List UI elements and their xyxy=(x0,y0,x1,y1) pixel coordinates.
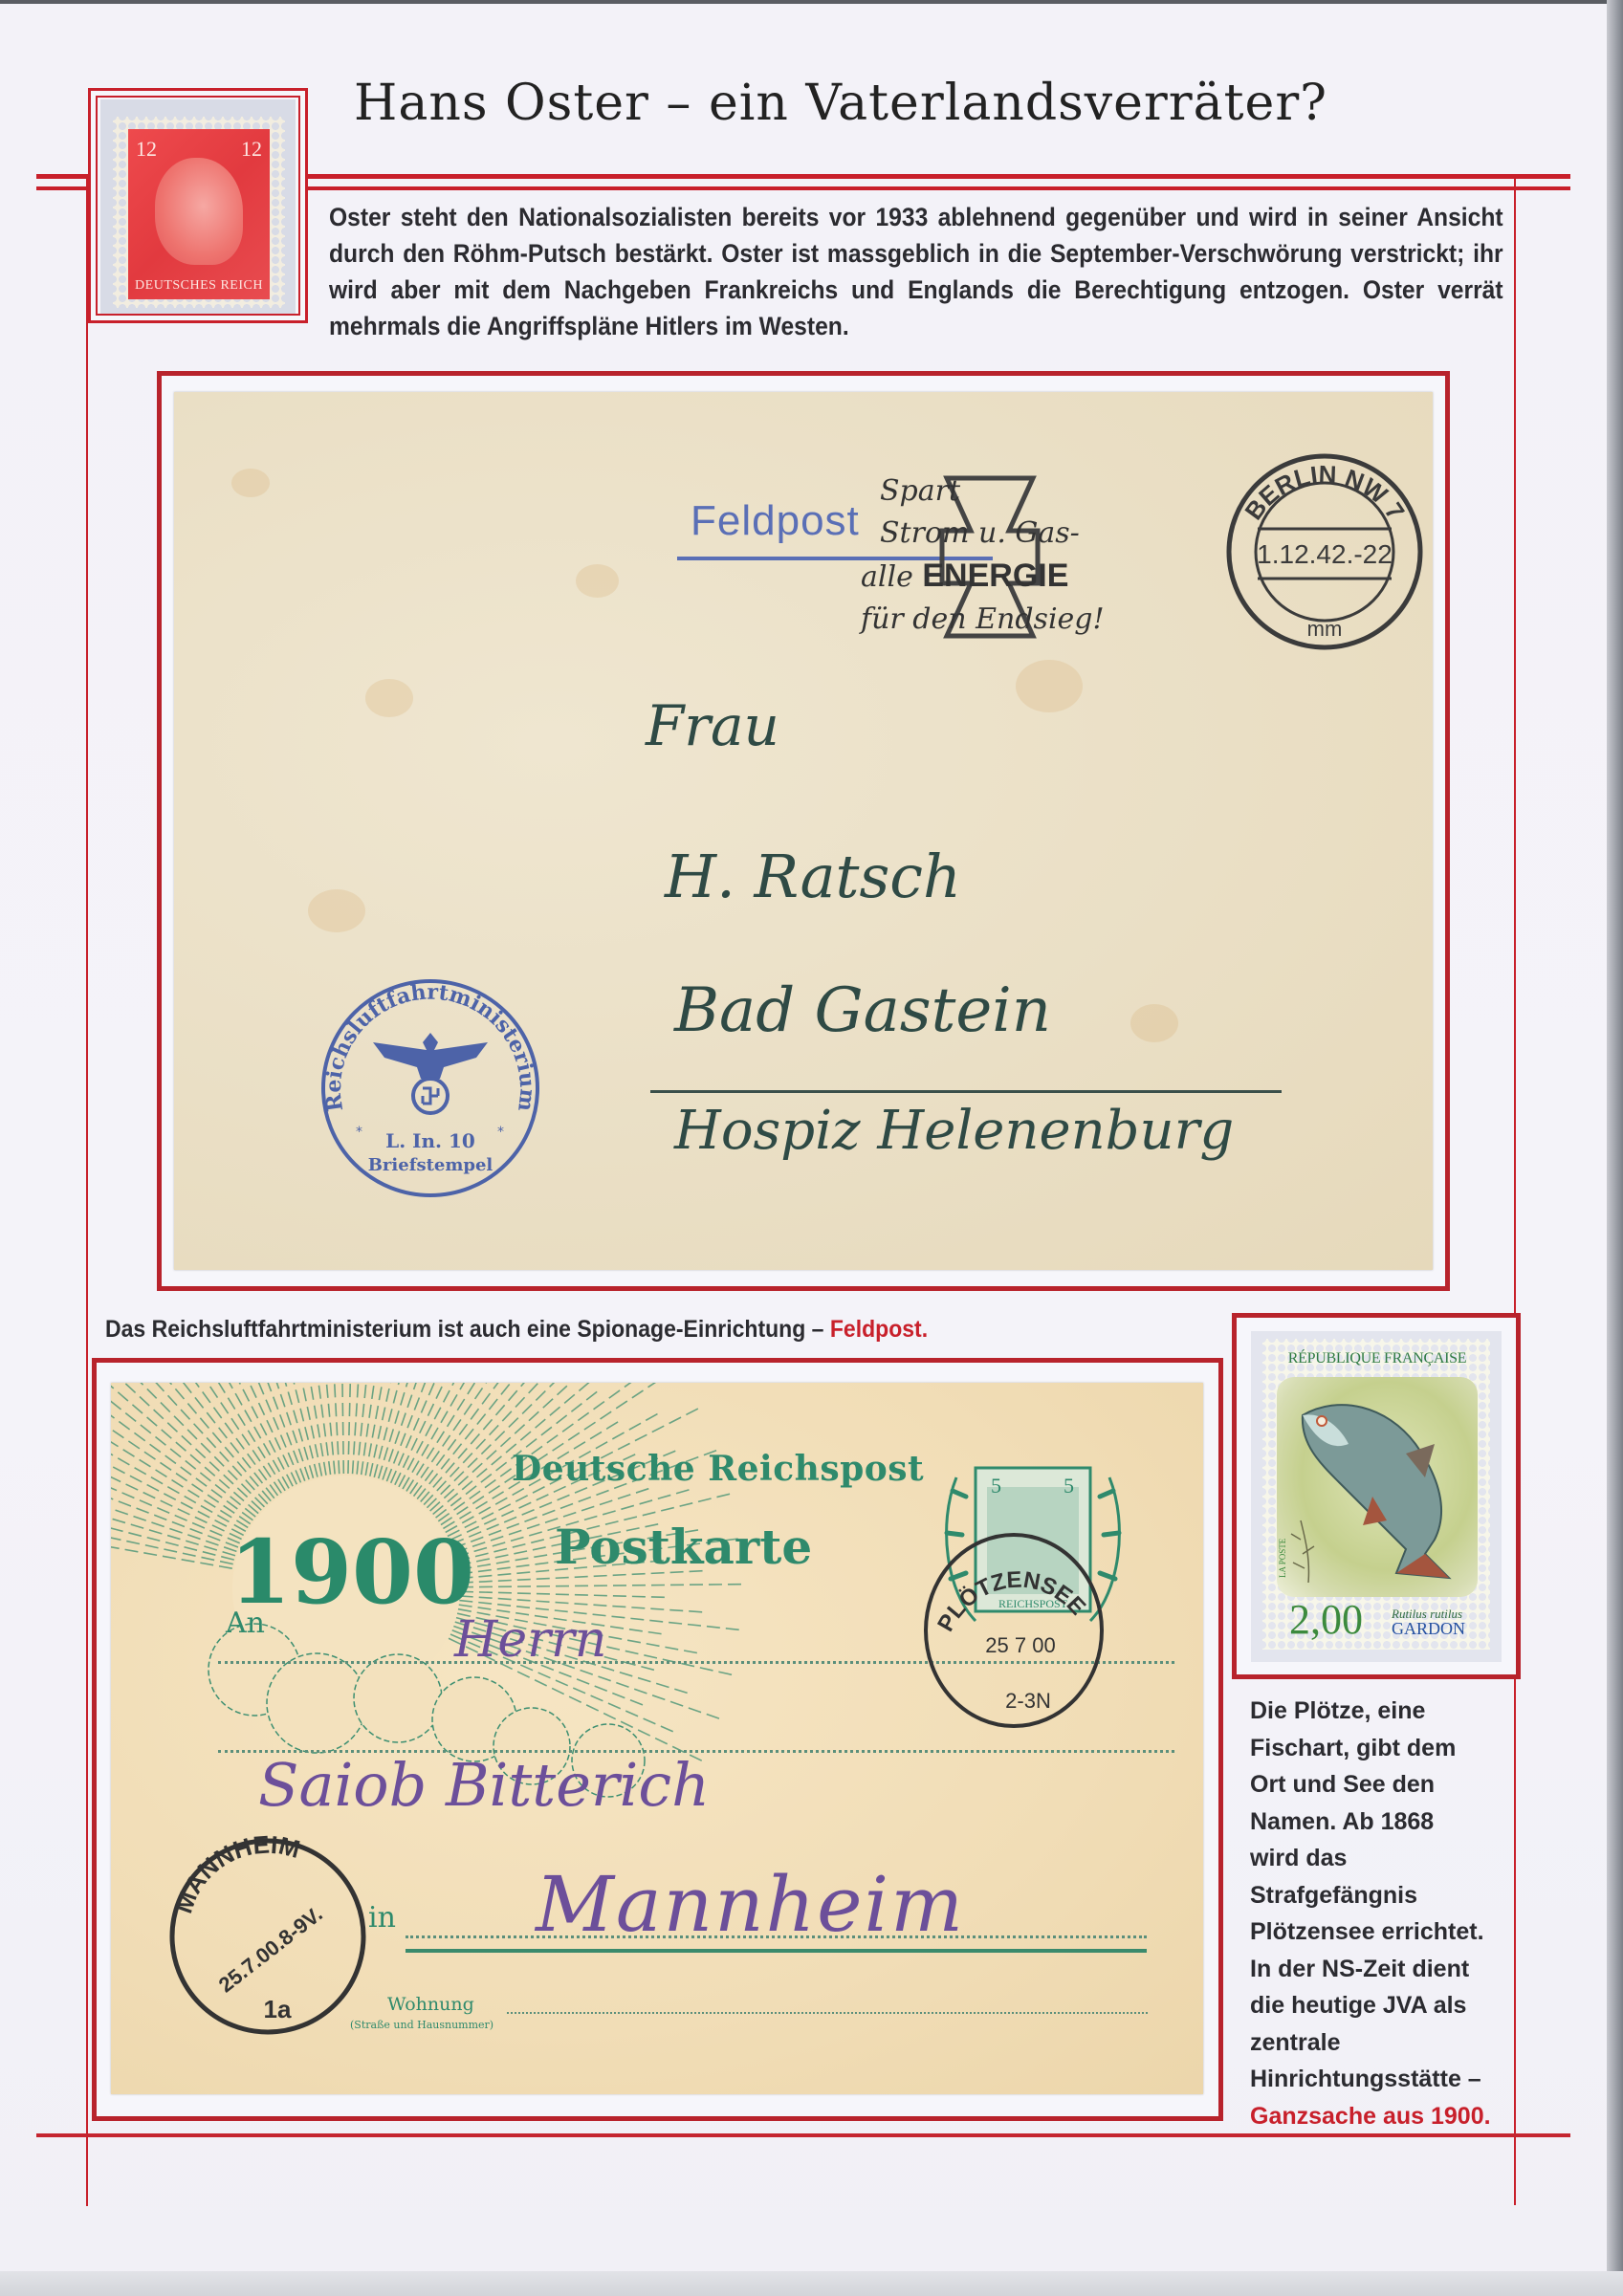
foxing-spot xyxy=(576,564,619,598)
left-margin-rule xyxy=(86,174,88,2206)
svg-text:25 7 00: 25 7 00 xyxy=(985,1633,1055,1657)
caption-highlight: Feldpost. xyxy=(830,1316,928,1343)
text-line: Die Plötze, eine xyxy=(1250,1693,1527,1730)
intro-paragraph: Oster steht den Nationalsozialisten bere… xyxy=(329,199,1503,344)
foxing-spot xyxy=(231,469,270,497)
slogan-cancel: Spart Strom u. Gas- alle ENERGIE für den… xyxy=(861,470,1176,662)
svg-text:1.12.42.-22: 1.12.42.-22 xyxy=(1257,539,1393,569)
svg-text:Briefstempel: Briefstempel xyxy=(368,1155,493,1175)
text-line: die heutige JVA als xyxy=(1250,1987,1527,2024)
slogan-line: für den Endsieg! xyxy=(861,599,1176,641)
svg-text:*: * xyxy=(356,1125,362,1140)
svg-text:5: 5 xyxy=(1064,1474,1074,1498)
stamp-value: 12 xyxy=(241,137,262,162)
text-line: In der NS-Zeit dient xyxy=(1250,1951,1527,1988)
scanner-edge xyxy=(0,2271,1623,2296)
handwritten-name: Saiob Bitterich xyxy=(258,1750,710,1820)
stamp-side-label: LA POSTE xyxy=(1278,1539,1287,1578)
svg-text:25.7.00.8-9V.: 25.7.00.8-9V. xyxy=(214,1902,327,1998)
mannheim-postmark: MANNHEIM 25.7.00.8-9V. 1a xyxy=(163,1831,373,2042)
text-line: Ort und See den xyxy=(1250,1766,1527,1804)
stamp-value: 2,00 xyxy=(1289,1595,1363,1644)
svg-text:1a: 1a xyxy=(264,1995,292,2023)
address-solid-line xyxy=(406,1949,1147,1953)
text-line: wird das xyxy=(1250,1840,1527,1877)
svg-text:BERLIN NW 7: BERLIN NW 7 xyxy=(1239,460,1410,525)
slogan-line: Strom u. Gas- xyxy=(880,513,1176,555)
stamp-fish-name: GARDON xyxy=(1392,1619,1465,1639)
postcard-header: Deutsche Reichspost xyxy=(512,1449,924,1489)
residence-dotted-line xyxy=(507,2012,1148,2014)
address-line: Frau xyxy=(646,693,779,758)
text-line: Strafgefängnis xyxy=(1250,1877,1527,1914)
svg-text:*: * xyxy=(497,1125,504,1140)
postcard-title: Postkarte xyxy=(555,1519,812,1575)
svg-text:L. In. 10: L. In. 10 xyxy=(385,1129,475,1152)
sidebar-description: Die Plötze, eine Fischart, gibt dem Ort … xyxy=(1250,1693,1527,2134)
feldpost-handstamp: Feldpost xyxy=(691,497,860,545)
sidebar-highlight: Ganzsache aus 1900. xyxy=(1250,2098,1527,2135)
stamp-country: RÉPUBLIQUE FRANÇAISE xyxy=(1276,1350,1479,1367)
address-underline xyxy=(650,1090,1282,1093)
postcard-year: 1900 xyxy=(230,1520,474,1624)
svg-text:5: 5 xyxy=(991,1474,1001,1498)
plotzensee-postmark: PLÖTZENSEE 25 7 00 2-3N xyxy=(904,1520,1124,1740)
foxing-spot xyxy=(1130,1004,1178,1042)
deutsches-reich-stamp: 12 12 DEUTSCHES REICH xyxy=(128,129,270,299)
text-line: Namen. Ab 1868 xyxy=(1250,1804,1527,1841)
address-line: Hospiz Helenenburg xyxy=(674,1100,1234,1162)
cover-caption: Das Reichsluftfahrtministerium ist auch … xyxy=(105,1316,928,1344)
eagle-icon xyxy=(373,1033,488,1113)
text-line: zentrale xyxy=(1250,2024,1527,2062)
ministry-seal: Reichsluftfahrtministerium L. In. 10 Bri… xyxy=(316,973,545,1203)
svg-text:mm: mm xyxy=(1307,617,1343,641)
text-line: Fischart, gibt dem xyxy=(1250,1730,1527,1767)
page-title: Hans Oster – ein Vaterlandsverräter? xyxy=(354,75,1425,132)
svg-text:PLÖTZENSEE: PLÖTZENSEE xyxy=(932,1567,1090,1636)
address-line: Bad Gastein xyxy=(674,975,1051,1046)
foxing-spot xyxy=(365,679,413,717)
handwritten-city: Mannheim xyxy=(536,1860,965,1949)
text-line: Hinrichtungsstätte – xyxy=(1250,2061,1527,2098)
label-residence: Wohnung xyxy=(387,1994,474,2015)
slogan-line: alle ENERGIE xyxy=(861,555,1176,599)
scanner-edge xyxy=(1607,0,1623,2296)
scanner-edge xyxy=(0,0,1623,4)
svg-text:MANNHEIM: MANNHEIM xyxy=(168,1831,303,1917)
portrait-icon xyxy=(155,158,243,265)
address-line: H. Ratsch xyxy=(665,842,961,911)
label-to: An xyxy=(226,1607,265,1640)
text-line: Plötzensee errichtet. xyxy=(1250,1913,1527,1951)
handwritten-salutation: Herrn xyxy=(454,1611,606,1669)
foxing-spot xyxy=(308,889,365,932)
stamp-value: 12 xyxy=(136,137,157,162)
stamp-inscription: DEUTSCHES REICH xyxy=(128,278,270,294)
foxing-spot xyxy=(1016,660,1083,712)
svg-text:2-3N: 2-3N xyxy=(1005,1689,1051,1713)
slogan-line: Spart xyxy=(880,470,1176,513)
fish-icon xyxy=(1282,1387,1482,1597)
berlin-postmark: BERLIN NW 7 1.12.42.-22 mm xyxy=(1219,445,1430,660)
